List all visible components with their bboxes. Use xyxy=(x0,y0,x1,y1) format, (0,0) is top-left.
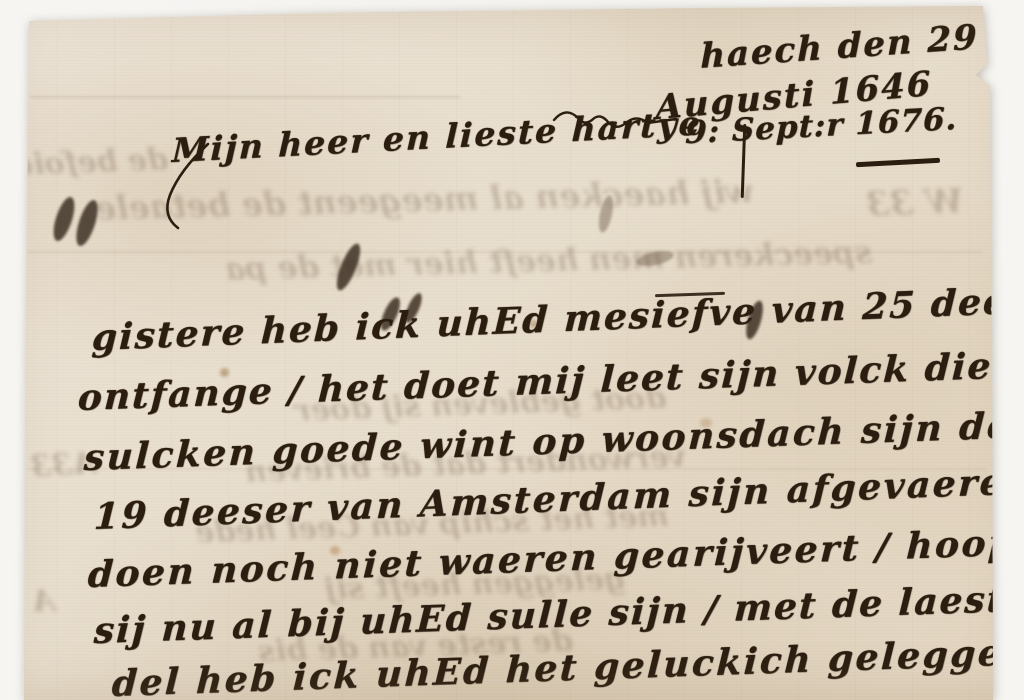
letter-paper: de befoie wij haecken al meegeent de bet… xyxy=(0,0,1024,700)
scan-background: de befoie wij haecken al meegeent de bet… xyxy=(0,0,1024,700)
bleedthrough-text: W 33 xyxy=(865,184,963,221)
crease-line xyxy=(30,96,460,98)
bleedthrough-text: A (e xyxy=(0,586,56,619)
bleedthrough-text: speeckeren men heeft hier met de pa xyxy=(225,238,873,286)
bleedthrough-text: A33 ee xyxy=(0,449,96,485)
ink-blot xyxy=(49,195,78,244)
salutation-flourish-stroke xyxy=(150,140,220,235)
salutation-line: Mijn heer en lieste hartye xyxy=(171,106,702,167)
bleedthrough-text: de befoie xyxy=(14,145,169,180)
letter-paper-shadow: de befoie wij haecken al meegeent de bet… xyxy=(0,0,1024,700)
dateline-place-day: haech den 29 xyxy=(700,20,978,74)
date-underline xyxy=(856,158,940,167)
body-line: gistere heb ick uhEd mesiefve van 25 dee… xyxy=(91,280,1024,356)
